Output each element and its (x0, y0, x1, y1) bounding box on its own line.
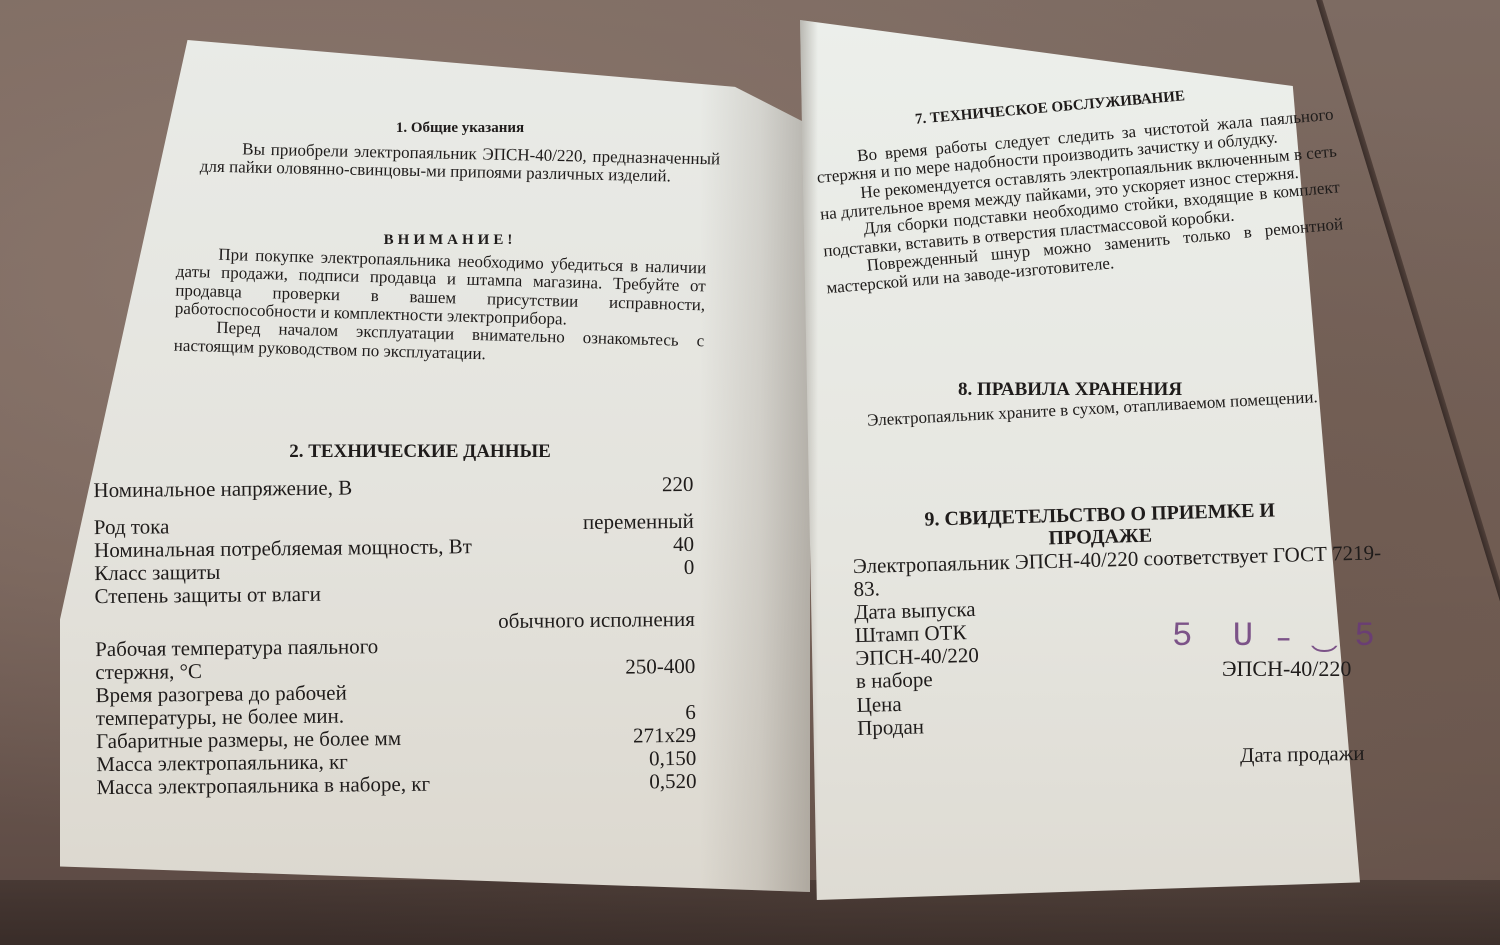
spec-label: Время разогрева до рабочей температуры, … (95, 681, 347, 730)
spec-value: обычного исполнения (498, 608, 695, 633)
spec-label: Степень защиты от влаги (94, 579, 694, 608)
attention-title: ВНИМАНИЕ! (300, 232, 600, 248)
sale-date-label: Дата продажи (1240, 741, 1365, 768)
spec-value: 0 (684, 556, 695, 579)
spec-row: Род тока переменный (94, 496, 694, 539)
spec-value: 6 (685, 701, 696, 724)
qc-stamp: 5 U ̵ ͜ 5 (1172, 618, 1385, 656)
spec-value: 40 (673, 533, 694, 556)
spec-row: Степень защиты от влаги обычного исполне… (94, 579, 695, 637)
spec-value: переменный (583, 510, 694, 534)
spec-label: Рабочая температура паяльного стержня, °… (95, 635, 379, 684)
spec-label: Номинальное напряжение, В (93, 476, 352, 502)
spec-label: Масса электропаяльника в наборе, кг (96, 773, 430, 800)
spec-value: 0,150 (649, 747, 696, 771)
section-2-title: 2. ТЕХНИЧЕСКИЕ ДАННЫЕ (240, 442, 600, 463)
spec-value: 0,520 (649, 770, 696, 794)
spec-row: Рабочая температура паяльного стержня, °… (95, 631, 695, 683)
spec-label: Класс защиты (94, 561, 220, 585)
spec-label: Габаритные размеры, не более мм (96, 727, 401, 753)
spec-row: Время разогрева до рабочей температуры, … (95, 678, 695, 730)
spec-value: 250-400 (625, 655, 695, 679)
section-1-title: 1. Общие указания (310, 120, 610, 136)
tech-specs-table: Номинальное напряжение, В 220 Род тока п… (93, 473, 696, 799)
attention-text: При покупке электропаяльника необходимо … (174, 245, 707, 370)
stamp-model-label: ЭПСН-40/220 (1222, 656, 1351, 682)
spec-value: 271x29 (633, 724, 696, 748)
spec-value: 220 (662, 473, 694, 496)
spec-label: Номинальная потребляемая мощность, Вт (94, 535, 472, 562)
spec-label: Род тока (94, 515, 170, 539)
